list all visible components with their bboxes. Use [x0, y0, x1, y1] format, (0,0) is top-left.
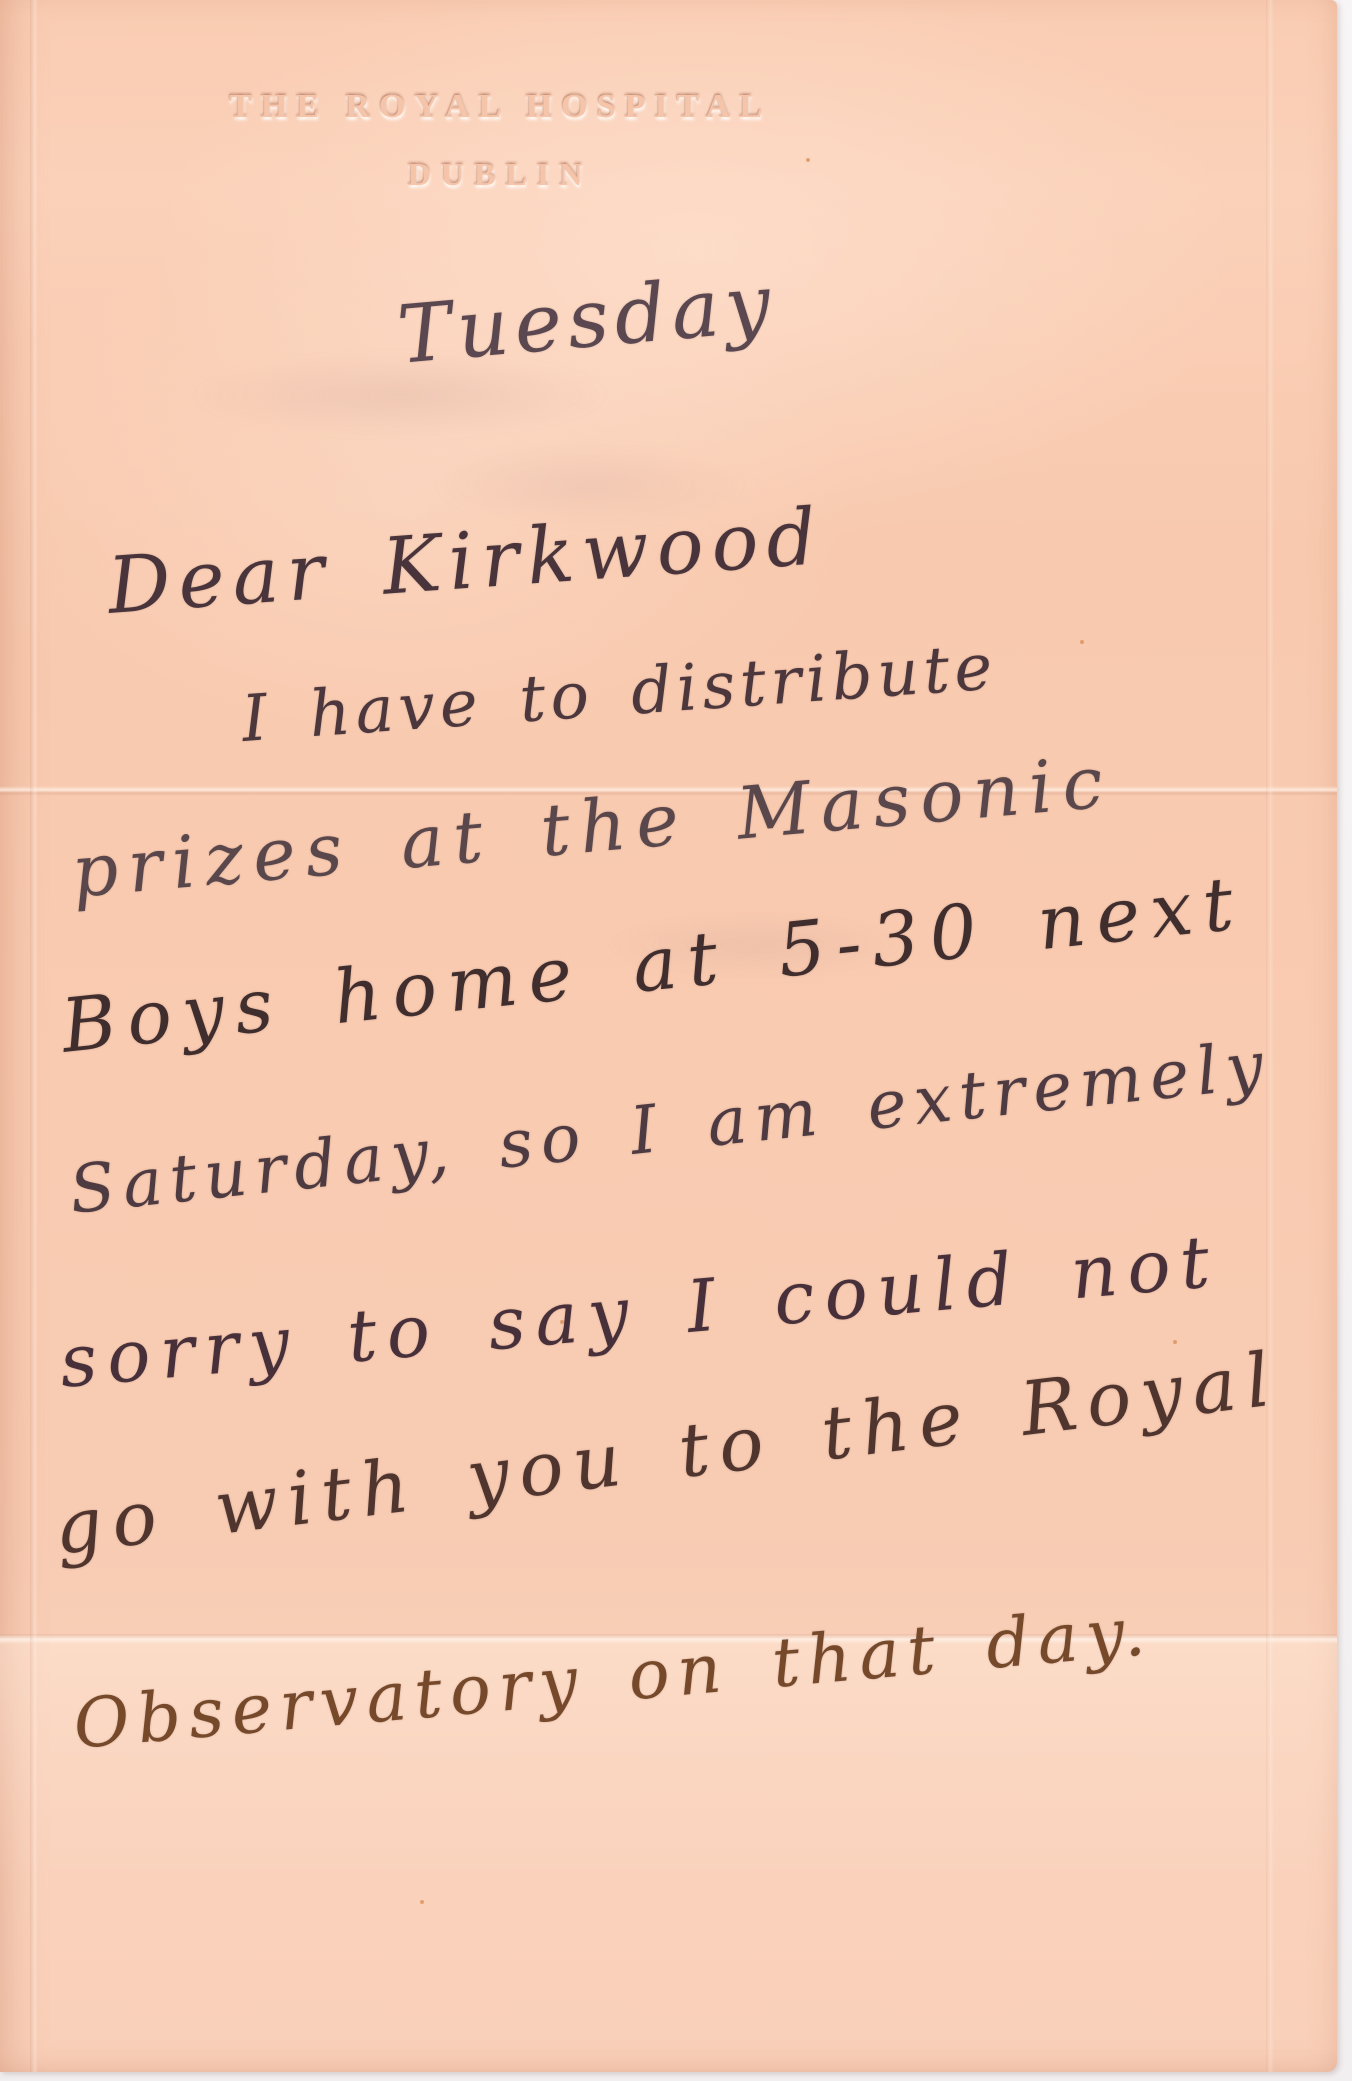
handwritten-body-line-2: prizes at the Masonic [69, 745, 1115, 908]
handwritten-day-line: Tuesday [395, 263, 780, 376]
letterhead-line1: THE ROYAL HOSPITAL [0, 88, 1000, 126]
vertical-fold-crease-left [30, 0, 38, 2072]
letterhead-hospital-name: THE ROYAL HOSPITAL [0, 88, 1000, 126]
letter-paper-sheet: THE ROYAL HOSPITAL DUBLIN Tuesday Dear K… [0, 0, 1337, 2072]
paper-speck [420, 1900, 424, 1904]
paper-speck [1173, 1340, 1177, 1344]
handwritten-salutation: Dear Kirkwood [105, 498, 826, 626]
letterhead-line2-city: DUBLIN [0, 156, 1000, 193]
handwritten-body-line-1: I have to distribute [240, 635, 999, 752]
paper-speck [1080, 640, 1084, 644]
handwritten-body-line-4: Saturday, so I am extremely [67, 1032, 1275, 1224]
scanned-letter-page: THE ROYAL HOSPITAL DUBLIN Tuesday Dear K… [0, 0, 1352, 2081]
handwritten-body-line-7: Observatory on that day. [71, 1598, 1156, 1760]
paper-speck [806, 158, 810, 162]
